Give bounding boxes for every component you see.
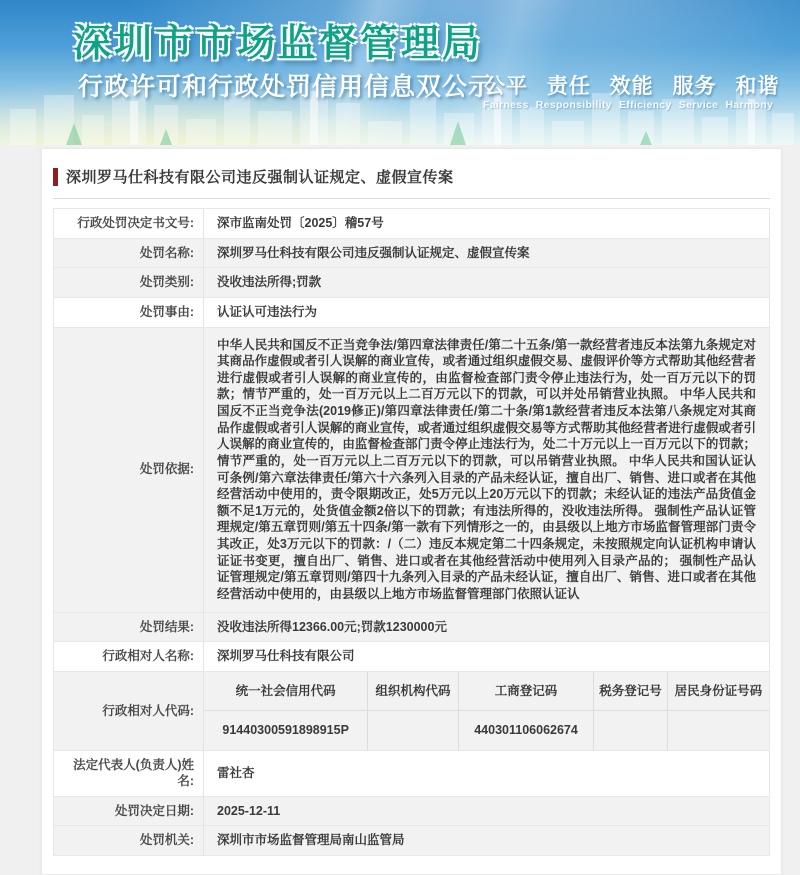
penalty-table: 行政处罚决定书文号: 深市监南处罚〔2025〕稽57号 处罚名称: 深圳罗马仕科… xyxy=(53,208,770,856)
slogan-english: Fairness Responsibility Efficiency Servi… xyxy=(483,99,773,111)
table-row-penalty-name: 处罚名称: 深圳罗马仕科技有限公司违反强制认证规定、虚假宣传案 xyxy=(54,238,769,268)
table-row-penalty-result: 处罚结果: 没收违法所得12366.00元;罚款1230000元 xyxy=(54,612,769,642)
code-header-tax-reg: 税务登记号 xyxy=(594,672,667,711)
row-value: 没收违法所得;罚款 xyxy=(204,268,769,297)
red-accent-bar xyxy=(53,168,58,186)
row-value: 深市监南处罚〔2025〕稽57号 xyxy=(204,209,769,238)
row-value: 深圳罗马仕科技有限公司 xyxy=(204,642,769,671)
code-value-business-reg: 440301106062674 xyxy=(458,711,594,750)
content-card: 深圳罗马仕科技有限公司违反强制认证规定、虚假宣传案 行政处罚决定书文号: 深市监… xyxy=(41,148,782,875)
table-row-party-name: 行政相对人名称: 深圳罗马仕科技有限公司 xyxy=(54,641,769,671)
party-code-table-wrap: 统一社会信用代码 组织机构代码 工商登记码 税务登记号 居民身份证号码 9144… xyxy=(204,672,769,750)
row-label: 行政相对人代码: xyxy=(54,672,204,750)
row-value: 没收违法所得12366.00元;罚款1230000元 xyxy=(204,613,769,642)
row-label: 行政处罚决定书文号: xyxy=(54,209,204,238)
table-row-penalty-category: 处罚类别: 没收违法所得;罚款 xyxy=(54,267,769,297)
code-header-org: 组织机构代码 xyxy=(368,672,458,711)
table-row-penalty-basis: 处罚依据: 中华人民共和国反不正当竞争法/第四章法律责任/第二十五条/第一款经营… xyxy=(54,327,769,612)
party-code-table: 统一社会信用代码 组织机构代码 工商登记码 税务登记号 居民身份证号码 9144… xyxy=(204,672,769,750)
table-row-decision-date: 处罚决定日期: 2025-12-11 xyxy=(54,796,769,826)
table-row-penalty-authority: 处罚机关: 深圳市市场监督管理局南山监管局 xyxy=(54,825,769,855)
row-label: 处罚结果: xyxy=(54,613,204,642)
row-value: 深圳市市场监督管理局南山监管局 xyxy=(204,826,769,855)
row-label: 处罚事由: xyxy=(54,298,204,327)
code-value-uscc: 91440300591898915P xyxy=(204,711,368,750)
code-value-org xyxy=(368,711,458,750)
row-value: 认证认可违法行为 xyxy=(204,298,769,327)
code-header-uscc: 统一社会信用代码 xyxy=(204,672,368,711)
code-header-id-number: 居民身份证号码 xyxy=(667,672,769,711)
table-row-penalty-reason: 处罚事由: 认证认可违法行为 xyxy=(54,297,769,327)
row-label: 处罚依据: xyxy=(54,328,204,612)
code-value-tax-reg xyxy=(594,711,667,750)
table-row-party-codes: 行政相对人代码: 统一社会信用代码 组织机构代码 工商登记码 税务登记号 居民身… xyxy=(54,671,769,750)
row-label: 处罚机关: xyxy=(54,826,204,855)
site-banner: 深圳市市场监督管理局 行政许可和行政处罚信用信息双公示 公平 责任 效能 服务 … xyxy=(0,0,800,145)
row-value: 2025-12-11 xyxy=(204,797,769,826)
case-title-bar: 深圳罗马仕科技有限公司违反强制认证规定、虚假宣传案 xyxy=(53,160,770,199)
row-label: 处罚名称: xyxy=(54,239,204,268)
row-value: 深圳罗马仕科技有限公司违反强制认证规定、虚假宣传案 xyxy=(204,239,769,268)
page-title: 深圳罗马仕科技有限公司违反强制认证规定、虚假宣传案 xyxy=(66,166,454,187)
row-label: 行政相对人名称: xyxy=(54,642,204,671)
code-value-row: 91440300591898915P 440301106062674 xyxy=(204,711,769,750)
code-header-business-reg: 工商登记码 xyxy=(458,672,594,711)
row-label: 处罚决定日期: xyxy=(54,797,204,826)
code-header-row: 统一社会信用代码 组织机构代码 工商登记码 税务登记号 居民身份证号码 xyxy=(204,672,769,711)
org-title: 深圳市市场监督管理局 xyxy=(73,12,483,67)
table-row-decision-number: 行政处罚决定书文号: 深市监南处罚〔2025〕稽57号 xyxy=(54,209,769,238)
row-value: 中华人民共和国反不正当竞争法/第四章法律责任/第二十五条/第一款经营者违反本法第… xyxy=(204,328,769,612)
row-label: 处罚类别: xyxy=(54,268,204,297)
banner-subtitle: 行政许可和行政处罚信用信息双公示 xyxy=(78,67,494,103)
slogan-chinese: 公平 责任 效能 服务 和谐 xyxy=(484,70,779,100)
code-value-id-number xyxy=(667,711,769,750)
